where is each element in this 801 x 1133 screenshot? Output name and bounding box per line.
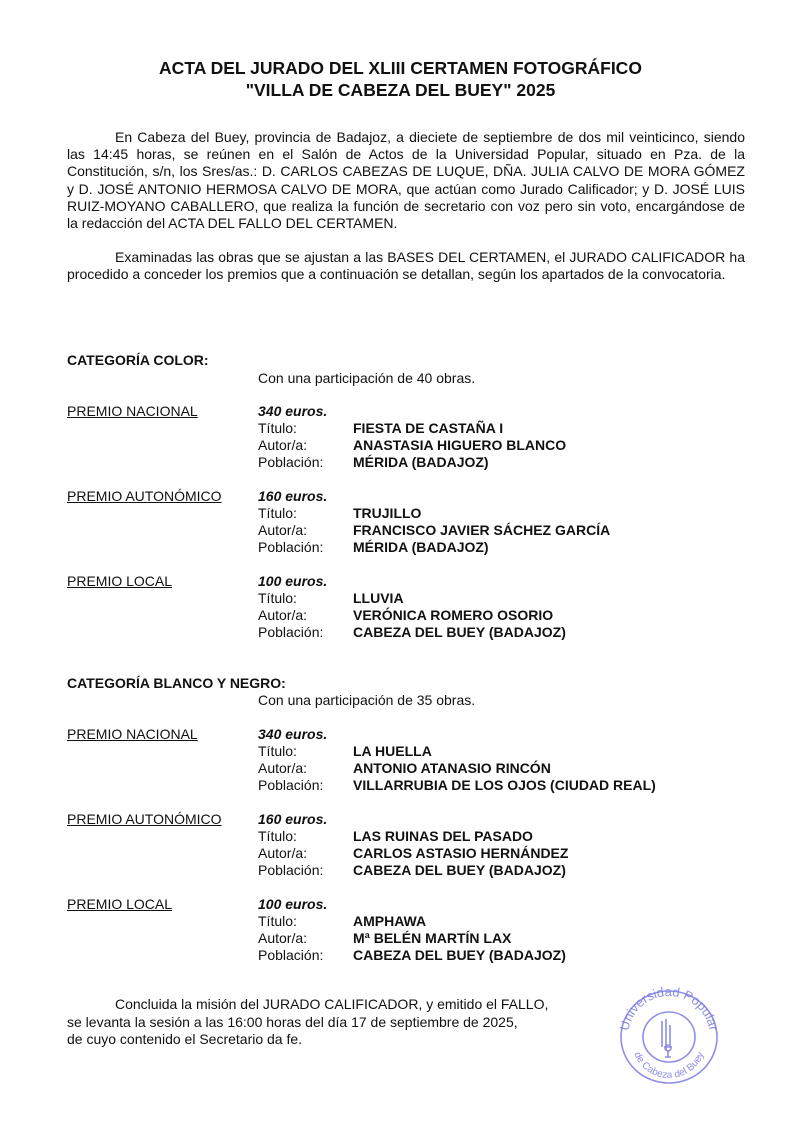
titulo-value: AMPHAWA: [353, 913, 426, 929]
titulo-label: Título:: [258, 505, 353, 522]
prize-amount: 100 euros.: [258, 896, 327, 913]
prize-name: PREMIO NACIONAL: [67, 726, 198, 743]
titulo-value: TRUJILLO: [353, 505, 421, 521]
poblacion-label: Población:: [258, 539, 353, 556]
document-title: ACTA DEL JURADO DEL XLIII CERTAMEN FOTOG…: [0, 57, 801, 101]
intro-paragraph-2: Examinadas las obras que se ajustan a la…: [67, 249, 745, 283]
title-line-2: "VILLA DE CABEZA DEL BUEY" 2025: [0, 79, 801, 101]
poblacion-value: VILLARRUBIA DE LOS OJOS (CIUDAD REAL): [353, 777, 656, 793]
poblacion-label: Población:: [258, 624, 353, 641]
autor-value: FRANCISCO JAVIER SÁCHEZ GARCÍA: [353, 522, 610, 538]
autor-label: Autor/a:: [258, 845, 353, 862]
titulo-label: Título:: [258, 913, 353, 930]
participation-text: Con una participación de 35 obras.: [258, 692, 475, 709]
poblacion-label: Población:: [258, 947, 353, 964]
closing-paragraph: Concluida la misión del JURADO CALIFICAD…: [67, 996, 548, 1049]
prize-amount: 100 euros.: [258, 573, 327, 590]
closing-line-3: de cuyo contenido el Secretario da fe.: [67, 1031, 548, 1049]
category-heading: CATEGORÍA BLANCO Y NEGRO:: [67, 675, 286, 692]
autor-value: Mª BELÉN MARTÍN LAX: [353, 930, 511, 946]
category-heading: CATEGORÍA COLOR:: [67, 352, 209, 369]
prize-name: PREMIO LOCAL: [67, 896, 172, 913]
prize-name: PREMIO NACIONAL: [67, 403, 198, 420]
poblacion-value: CABEZA DEL BUEY (BADAJOZ): [353, 624, 566, 640]
poblacion-label: Población:: [258, 862, 353, 879]
poblacion-label: Población:: [258, 454, 353, 471]
titulo-value: LAS RUINAS DEL PASADO: [353, 828, 533, 844]
titulo-value: FIESTA DE CASTAÑA I: [353, 420, 503, 436]
autor-value: ANTONIO ATANASIO RINCÓN: [353, 760, 551, 776]
titulo-label: Título:: [258, 743, 353, 760]
closing-line-2: se levanta la sesión a las 16:00 horas d…: [67, 1014, 548, 1032]
poblacion-value: MÉRIDA (BADAJOZ): [353, 539, 489, 555]
prize-amount: 160 euros.: [258, 488, 327, 505]
participation-text: Con una participación de 40 obras.: [258, 370, 475, 387]
prize-name: PREMIO AUTONÓMICO: [67, 811, 222, 828]
svg-text:Universidad Popular: Universidad Popular: [617, 985, 722, 1033]
autor-label: Autor/a:: [258, 930, 353, 947]
poblacion-value: MÉRIDA (BADAJOZ): [353, 454, 489, 470]
titulo-label: Título:: [258, 590, 353, 607]
titulo-label: Título:: [258, 420, 353, 437]
autor-value: VERÓNICA ROMERO OSORIO: [353, 607, 553, 623]
prize-amount: 160 euros.: [258, 811, 327, 828]
poblacion-value: CABEZA DEL BUEY (BADAJOZ): [353, 947, 566, 963]
autor-value: CARLOS ASTASIO HERNÁNDEZ: [353, 845, 568, 861]
prize-name: PREMIO LOCAL: [67, 573, 172, 590]
autor-label: Autor/a:: [258, 522, 353, 539]
title-line-1: ACTA DEL JURADO DEL XLIII CERTAMEN FOTOG…: [0, 57, 801, 79]
prize-name: PREMIO AUTONÓMICO: [67, 488, 222, 505]
official-seal-icon: Universidad Popular de Cabeza del Buey: [614, 985, 724, 1085]
intro-paragraph-1: En Cabeza del Buey, provincia de Badajoz…: [67, 129, 745, 232]
titulo-label: Título:: [258, 828, 353, 845]
closing-line-1: Concluida la misión del JURADO CALIFICAD…: [67, 996, 548, 1014]
poblacion-value: CABEZA DEL BUEY (BADAJOZ): [353, 862, 566, 878]
titulo-value: LLUVIA: [353, 590, 404, 606]
prize-amount: 340 euros.: [258, 403, 327, 420]
poblacion-label: Población:: [258, 777, 353, 794]
autor-label: Autor/a:: [258, 607, 353, 624]
autor-label: Autor/a:: [258, 760, 353, 777]
titulo-value: LA HUELLA: [353, 743, 432, 759]
autor-label: Autor/a:: [258, 437, 353, 454]
autor-value: ANASTASIA HIGUERO BLANCO: [353, 437, 566, 453]
prize-amount: 340 euros.: [258, 726, 327, 743]
